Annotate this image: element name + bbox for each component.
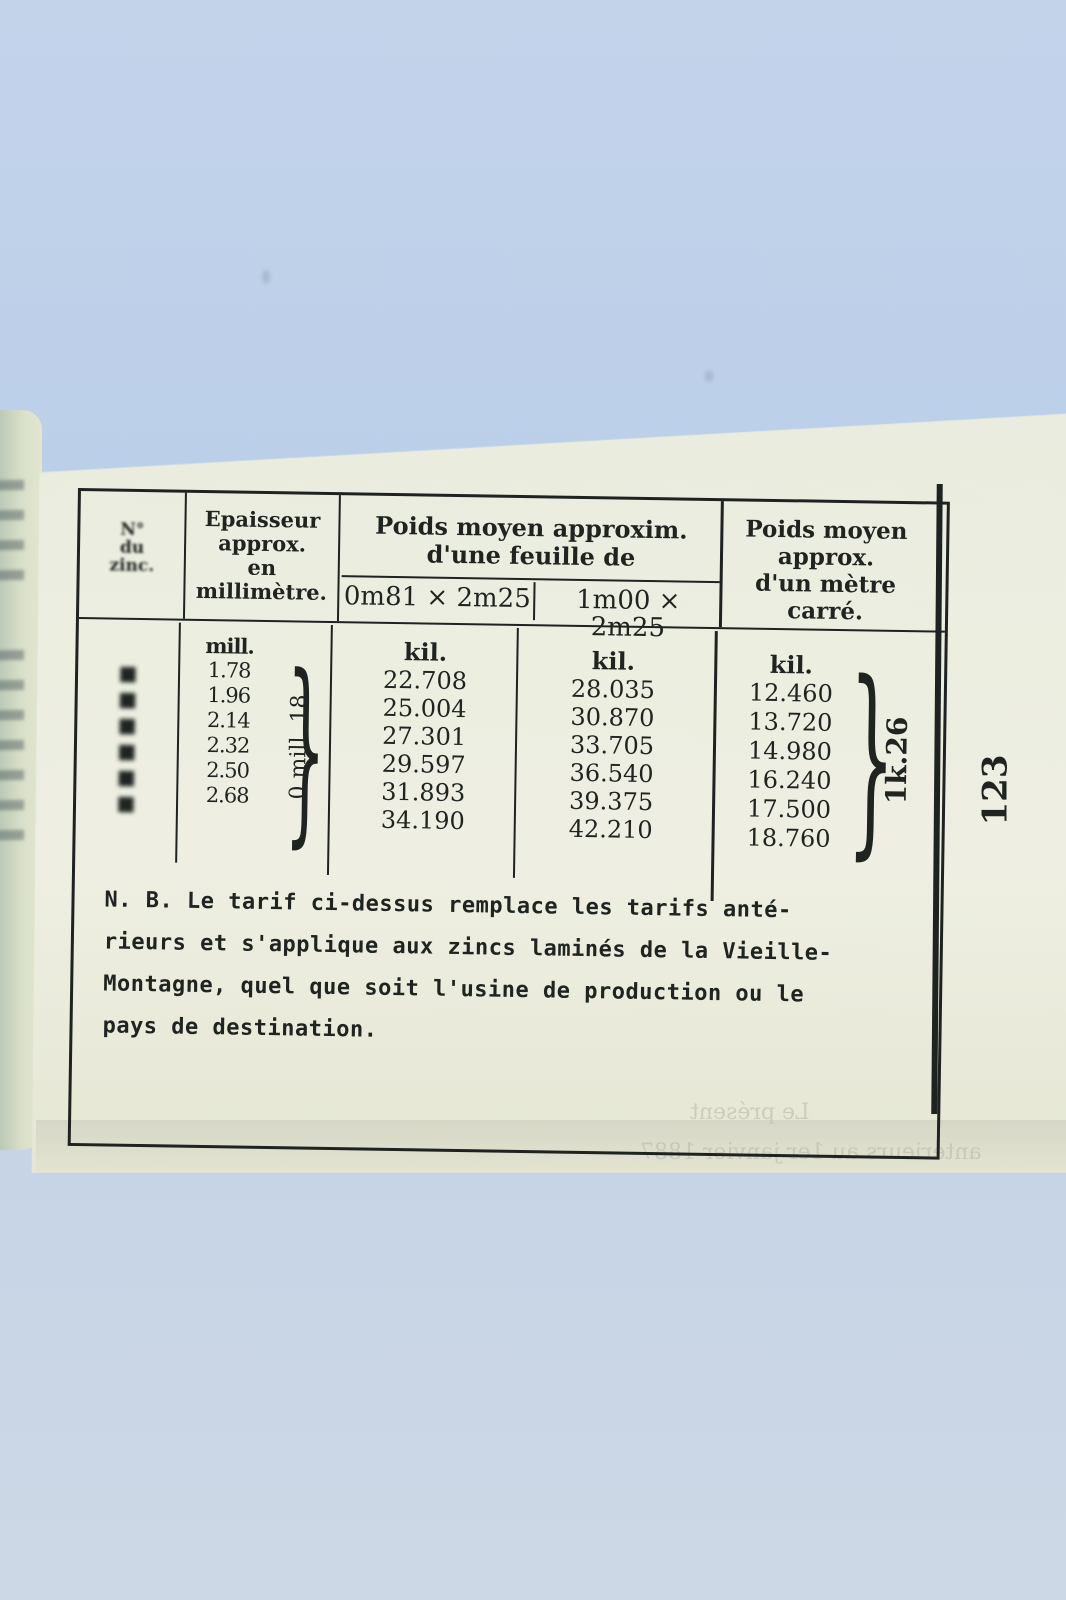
header-line: zinc. (84, 557, 180, 576)
sheet-weight-value: 33.705 (547, 730, 677, 760)
sqm-weight-value: 13.720 (729, 707, 851, 738)
thickness-value: 2.68 (186, 783, 268, 809)
thickness-value: 2.32 (187, 733, 269, 759)
sheet-weight-value: 39.375 (546, 786, 676, 816)
thickness-value: 1.78 (188, 658, 270, 684)
zinc-number: ■ (107, 737, 147, 764)
zinc-number: ■ (108, 659, 148, 686)
header-line: carré. (725, 596, 925, 626)
sqm-weight-value: 12.460 (730, 678, 852, 709)
sqm-weight-value: 16.240 (728, 765, 850, 796)
sqm-weight-column: kil. 12.460 13.720 14.980 16.240 17.500 … (727, 649, 852, 854)
footnote: N. B. Le tarif ci-dessus remplace les ta… (102, 879, 905, 1060)
unit-label: mill. (188, 633, 270, 659)
surface-spot (705, 370, 713, 382)
header-zinc-number: N° du zinc. (84, 521, 181, 576)
sheet-weight-value: 28.035 (548, 674, 678, 704)
unit-label: kil. (730, 649, 852, 680)
header-line: millimètre. (185, 579, 337, 605)
page-number: 123 (975, 755, 1015, 826)
sheet-081x225-column: kil. 22.708 25.004 27.301 29.597 31.893 … (358, 637, 491, 835)
thickness-value: 2.14 (187, 708, 269, 734)
sqm-weight-value: 17.500 (728, 794, 850, 825)
sheet-weight-value: 42.210 (545, 814, 675, 844)
thickness-value: 1.96 (188, 683, 270, 709)
unit-label: kil. (548, 646, 678, 676)
column-divider (711, 631, 718, 901)
sheet-weight-value: 27.301 (359, 721, 489, 751)
sqm-weight-value: 18.760 (727, 823, 849, 854)
column-divider (175, 623, 181, 863)
sheet-weight-value: 25.004 (359, 693, 489, 723)
thickness-value: 2.50 (186, 758, 268, 784)
sheet-100x225-column: kil. 28.035 30.870 33.705 36.540 39.375 … (545, 646, 678, 844)
header-line: Epaisseur (186, 507, 338, 533)
header-line: approx. (726, 542, 926, 572)
column-divider (327, 625, 333, 875)
header-sheet-weight: Poids moyen approxim. d'une feuille de (342, 511, 721, 573)
zinc-number: ■ (107, 711, 147, 738)
header-sheet-size-100x225: 1m00 × 2m25 (537, 586, 720, 643)
header-sqm-weight: Poids moyen approx. d'un mètre carré. (725, 515, 927, 626)
thickness-column: mill. 1.78 1.96 2.14 2.32 2.50 2.68 (186, 633, 271, 809)
header-line: Poids moyen approxim. (342, 511, 720, 545)
zinc-number: ■ (107, 685, 147, 712)
header-line: d'une feuille de (342, 539, 720, 573)
sheet-weight-value: 34.190 (358, 805, 488, 835)
zinc-number: ■ (106, 789, 146, 816)
sheet-weight-value: 22.708 (360, 665, 490, 695)
column-divider (513, 628, 519, 878)
sqm-weight-value: 14.980 (729, 736, 851, 767)
header-line: Poids moyen (726, 515, 926, 545)
header-thickness: Epaisseur approx. en millimètre. (185, 507, 338, 605)
tariff-table: N° du zinc. Epaisseur approx. en millimè… (68, 488, 950, 1160)
header-line: approx. (186, 531, 338, 557)
sheet-weight-value: 30.870 (547, 702, 677, 732)
header-sheet-size-081x225: 0m81 × 2m25 (341, 583, 533, 613)
sheet-weight-value: 36.540 (546, 758, 676, 788)
sheet-weight-value: 31.893 (358, 777, 488, 807)
unit-label: kil. (360, 637, 490, 667)
sheet-weight-value: 29.597 (358, 749, 488, 779)
sqm-step-label: 1k.26 (880, 710, 915, 811)
zinc-number-column: ■ ■ ■ ■ ■ ■ (106, 659, 148, 816)
zinc-number: ■ (106, 763, 146, 790)
thickness-step-label: 0 mill. 18 (286, 687, 313, 807)
header-line: d'un mètre (725, 569, 925, 599)
surface-spot (262, 270, 270, 284)
